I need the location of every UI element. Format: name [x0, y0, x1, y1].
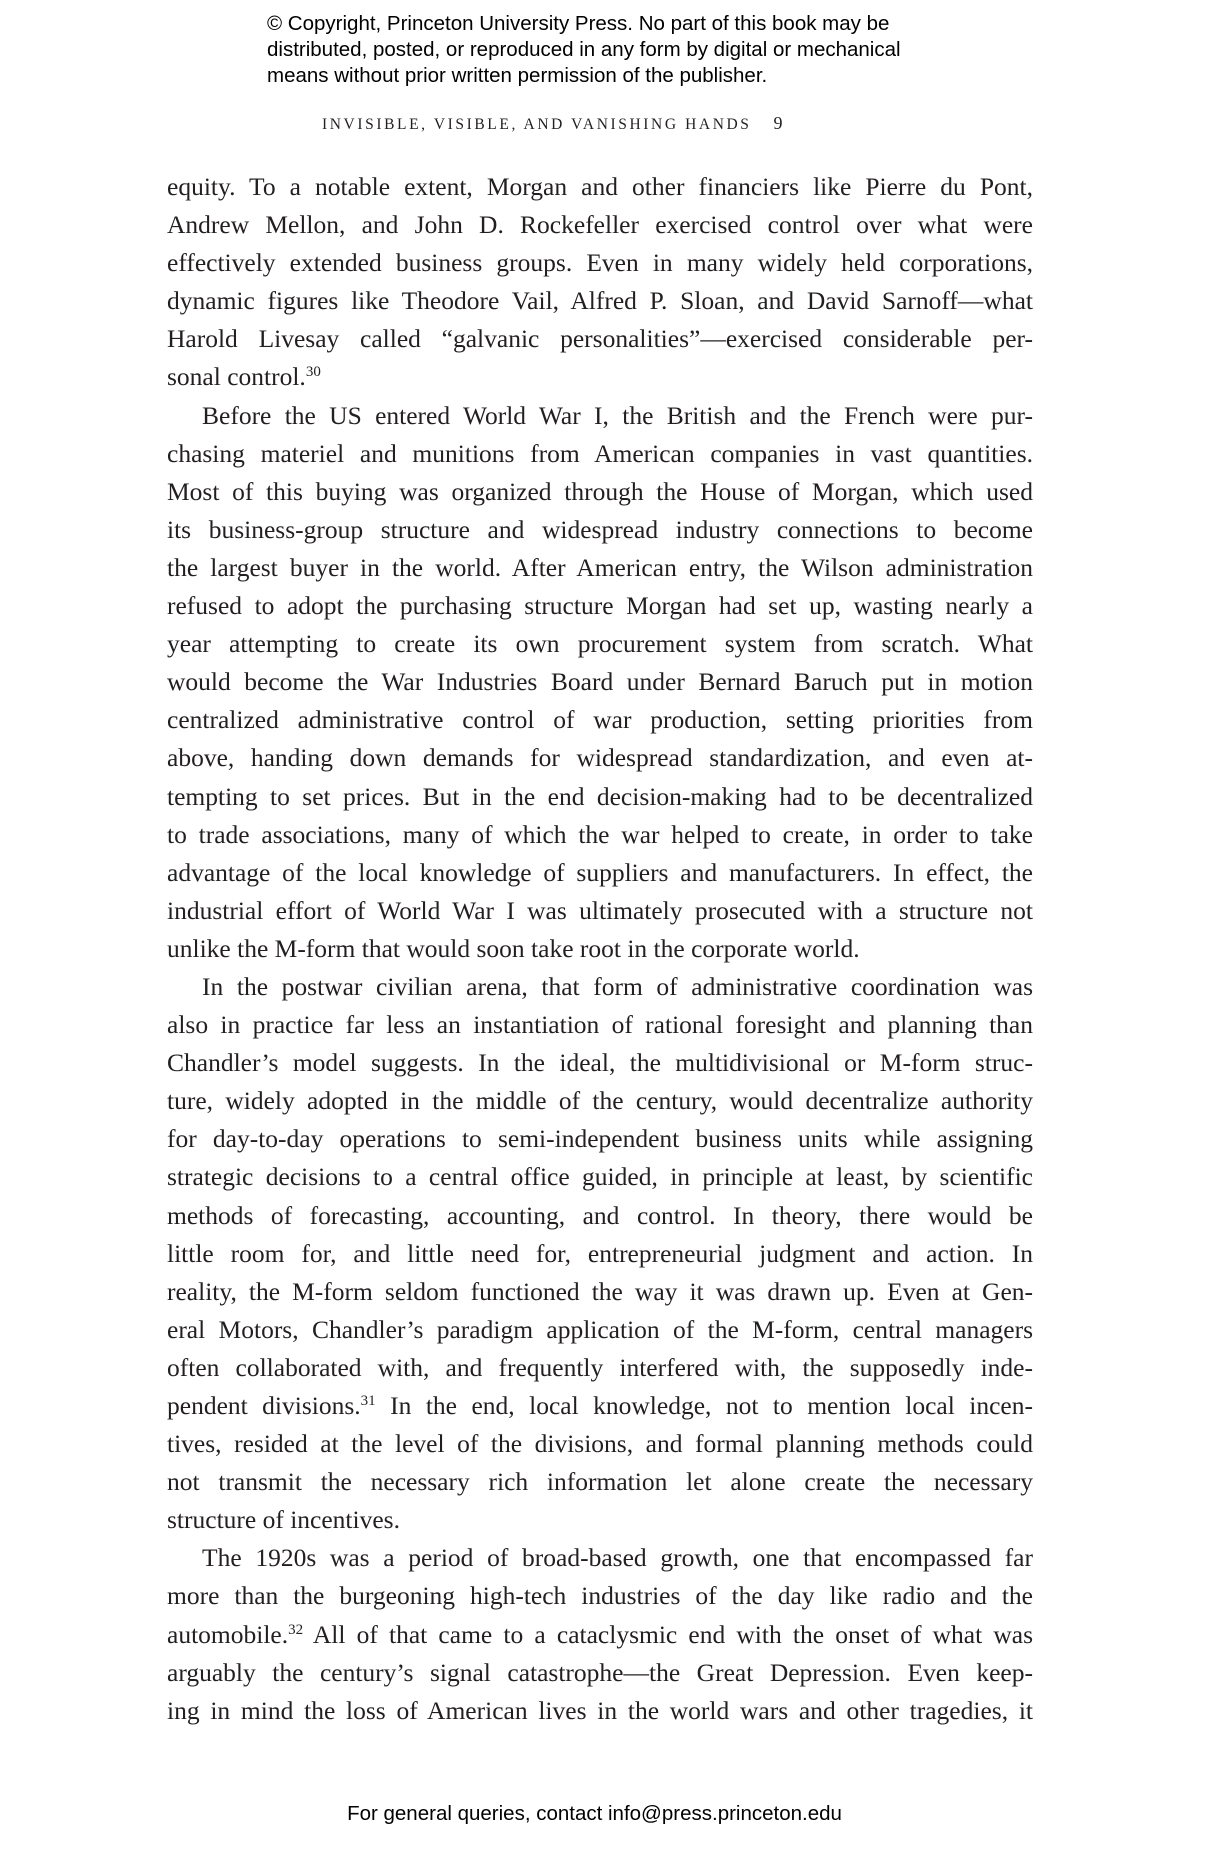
copyright-notice: © Copyright, Princeton University Press.…: [267, 11, 901, 89]
footnote-ref[interactable]: 31: [361, 1393, 376, 1409]
text-line-content: automobile.: [167, 1620, 288, 1649]
text-line: would become the War Industries Board un…: [167, 663, 1033, 701]
text-line: methods of forecasting, accounting, and …: [167, 1197, 1033, 1235]
paragraph: Before the US entered World War I, the B…: [167, 397, 1033, 968]
text-line: eral Motors, Chandler’s paradigm applica…: [167, 1311, 1033, 1349]
text-line: Harold Livesay called “galvanic personal…: [167, 320, 1033, 358]
body-text: equity. To a notable extent, Morgan and …: [167, 168, 1033, 1730]
text-line: the largest buyer in the world. After Am…: [167, 549, 1033, 587]
text-line: structure of incentives.: [167, 1501, 1033, 1539]
text-line: industrial effort of World War I was ult…: [167, 892, 1033, 930]
text-line: The 1920s was a period of broad-based gr…: [167, 1539, 1033, 1577]
text-line: little room for, and little need for, en…: [167, 1235, 1033, 1273]
text-line: In the postwar civilian arena, that form…: [167, 968, 1033, 1006]
text-line: dynamic figures like Theodore Vail, Alfr…: [167, 282, 1033, 320]
copyright-line: distributed, posted, or reproduced in an…: [267, 37, 901, 63]
footer: For general queries, contact info@press.…: [0, 1802, 1225, 1826]
text-line: reality, the M-form seldom functioned th…: [167, 1273, 1033, 1311]
text-line: Chandler’s model suggests. In the ideal,…: [167, 1044, 1033, 1082]
text-line: Before the US entered World War I, the B…: [167, 397, 1033, 435]
paragraph: The 1920s was a period of broad-based gr…: [167, 1539, 1033, 1729]
text-line: ture, widely adopted in the middle of th…: [167, 1082, 1033, 1120]
text-line: year attempting to create its own procur…: [167, 625, 1033, 663]
text-line: advantage of the local knowledge of supp…: [167, 854, 1033, 892]
text-line: refused to adopt the purchasing structur…: [167, 587, 1033, 625]
text-line: automobile.32 All of that came to a cata…: [167, 1616, 1033, 1654]
text-line: more than the burgeoning high-tech indus…: [167, 1577, 1033, 1615]
text-line-content: In the end, local knowledge, not to ment…: [376, 1391, 1033, 1420]
text-line: sonal control.30: [167, 358, 1033, 396]
text-line: centralized administrative control of wa…: [167, 701, 1033, 739]
text-line: arguably the century’s signal catastroph…: [167, 1654, 1033, 1692]
text-line: unlike the M-form that would soon take r…: [167, 930, 1033, 968]
text-line: ing in mind the loss of American lives i…: [167, 1692, 1033, 1730]
text-line: equity. To a notable extent, Morgan and …: [167, 168, 1033, 206]
text-line: Andrew Mellon, and John D. Rockefeller e…: [167, 206, 1033, 244]
text-line: pendent divisions.31 In the end, local k…: [167, 1387, 1033, 1425]
footnote-ref[interactable]: 32: [288, 1622, 303, 1638]
text-line: for day-to-day operations to semi-indepe…: [167, 1120, 1033, 1158]
text-line: its business-group structure and widespr…: [167, 511, 1033, 549]
text-line: to trade associations, many of which the…: [167, 816, 1033, 854]
text-line: not transmit the necessary rich informat…: [167, 1463, 1033, 1501]
running-head-title: INVISIBLE, VISIBLE, AND VANISHING HANDS: [322, 116, 752, 133]
text-line: tives, resided at the level of the divis…: [167, 1425, 1033, 1463]
footer-contact-text: For general queries, contact info@press.…: [347, 1802, 842, 1825]
text-line: often collaborated with, and frequently …: [167, 1349, 1033, 1387]
text-line: chasing materiel and munitions from Amer…: [167, 435, 1033, 473]
footnote-ref[interactable]: 30: [306, 364, 321, 380]
text-line-content: pendent divisions.: [167, 1391, 361, 1420]
text-line: also in practice far less an instantiati…: [167, 1006, 1033, 1044]
text-line-content: All of that came to a cataclysmic end wi…: [303, 1620, 1033, 1649]
text-line: above, handing down demands for widespre…: [167, 739, 1033, 777]
text-line: effectively extended business groups. Ev…: [167, 244, 1033, 282]
text-line: Most of this buying was organized throug…: [167, 473, 1033, 511]
text-line: strategic decisions to a central office …: [167, 1158, 1033, 1196]
running-head: INVISIBLE, VISIBLE, AND VANISHING HANDS9: [322, 113, 783, 134]
page-number: 9: [774, 113, 783, 133]
text-line-content: sonal control.: [167, 362, 306, 391]
copyright-line: means without prior written permission o…: [267, 63, 901, 89]
text-line: tempting to set prices. But in the end d…: [167, 778, 1033, 816]
paragraph: In the postwar civilian arena, that form…: [167, 968, 1033, 1539]
paragraph: equity. To a notable extent, Morgan and …: [167, 168, 1033, 397]
copyright-line: © Copyright, Princeton University Press.…: [267, 11, 901, 37]
